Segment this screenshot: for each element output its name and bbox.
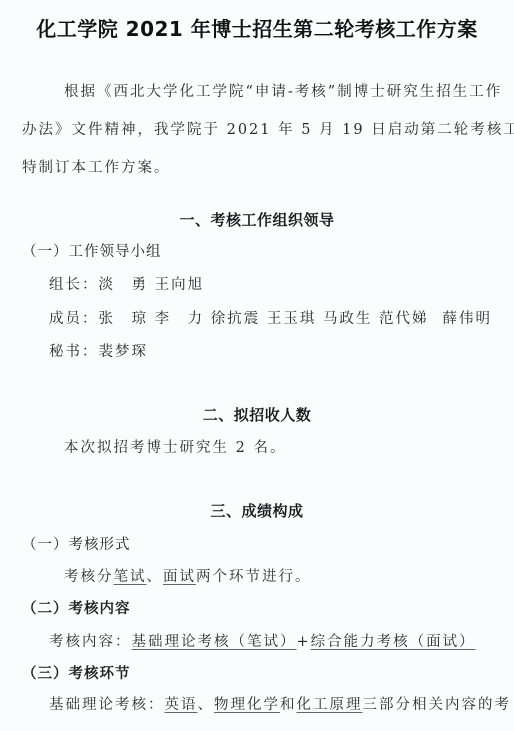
exam-stage-suffix: 三部分相关内容的考 bbox=[363, 697, 512, 713]
section-2-heading: 二、拟招收人数 bbox=[0, 404, 514, 425]
leader-line: 组长：淡 勇 王向旭 bbox=[49, 273, 204, 294]
plus-sign: + bbox=[297, 634, 311, 650]
member-name: 张 琼 bbox=[99, 311, 149, 327]
section-3-heading: 三、成绩构成 bbox=[0, 500, 514, 521]
separator: 、 bbox=[147, 569, 164, 585]
subject-physical-chemistry: 物理化学 bbox=[214, 697, 280, 713]
subsection-3-1-heading: （一）考核形式 bbox=[22, 533, 131, 554]
document-title: 化工学院 2021 年博士招生第二轮考核工作方案 bbox=[0, 13, 514, 42]
exam-content-label: 考核内容： bbox=[49, 634, 132, 650]
member-name: 李 力 bbox=[155, 311, 205, 327]
written-exam-link: 笔试 bbox=[114, 569, 147, 585]
exam-form-suffix: 两个环节进行。 bbox=[196, 569, 312, 585]
leader-name: 王向旭 bbox=[155, 277, 205, 293]
exam-stage-line: 基础理论考核：英语、物理化学和化工原理三部分相关内容的考 bbox=[49, 693, 511, 714]
enrollment-text: 本次拟招考博士研究生 2 名。 bbox=[64, 436, 286, 457]
intro-line-3: 特制订本工作方案。 bbox=[22, 156, 171, 177]
exam-form-prefix: 考核分 bbox=[64, 569, 114, 585]
section-1-heading: 一、考核工作组织领导 bbox=[0, 209, 514, 230]
theory-exam: 基础理论考核（笔试） bbox=[132, 634, 297, 650]
ability-exam: 综合能力考核（面试） bbox=[311, 634, 476, 650]
secretary-name: 裴梦琛 bbox=[99, 344, 149, 360]
intro-line-1: 根据《西北大学化工学院“申请-考核”制博士研究生招生工作 bbox=[64, 80, 502, 101]
member-name: 范代娣 bbox=[379, 311, 429, 327]
intro-line-2: 办法》文件精神，我学院于 2021 年 5 月 19 日启动第二轮考核工作， bbox=[22, 118, 514, 139]
leader-name: 淡 勇 bbox=[99, 277, 149, 293]
separator: 和 bbox=[280, 697, 297, 713]
members-label: 成员： bbox=[49, 311, 99, 327]
subsection-3-2-heading: （二）考核内容 bbox=[22, 597, 131, 618]
exam-form-line: 考核分笔试、面试两个环节进行。 bbox=[64, 565, 312, 586]
separator: 、 bbox=[198, 697, 215, 713]
subject-chemical-engineering: 化工原理 bbox=[297, 697, 363, 713]
subsection-1-1-heading: （一）工作领导小组 bbox=[22, 240, 162, 261]
members-line: 成员：张 琼 李 力 徐抗震 王玉琪 马政生 范代娣薛伟明 bbox=[49, 307, 492, 328]
subsection-3-3-heading: （三）考核环节 bbox=[22, 662, 131, 683]
member-name: 徐抗震 bbox=[211, 311, 261, 327]
exam-stage-label: 基础理论考核： bbox=[49, 697, 165, 713]
leader-label: 组长： bbox=[49, 277, 99, 293]
subject-english: 英语 bbox=[165, 697, 198, 713]
exam-content-line: 考核内容：基础理论考核（笔试）+综合能力考核（面试） bbox=[49, 630, 476, 651]
member-name: 马政生 bbox=[323, 311, 373, 327]
interview-link: 面试 bbox=[163, 569, 196, 585]
secretary-line: 秘书：裴梦琛 bbox=[49, 340, 148, 361]
member-name: 薛伟明 bbox=[443, 311, 493, 327]
secretary-label: 秘书： bbox=[49, 344, 99, 360]
member-name: 王玉琪 bbox=[267, 311, 317, 327]
